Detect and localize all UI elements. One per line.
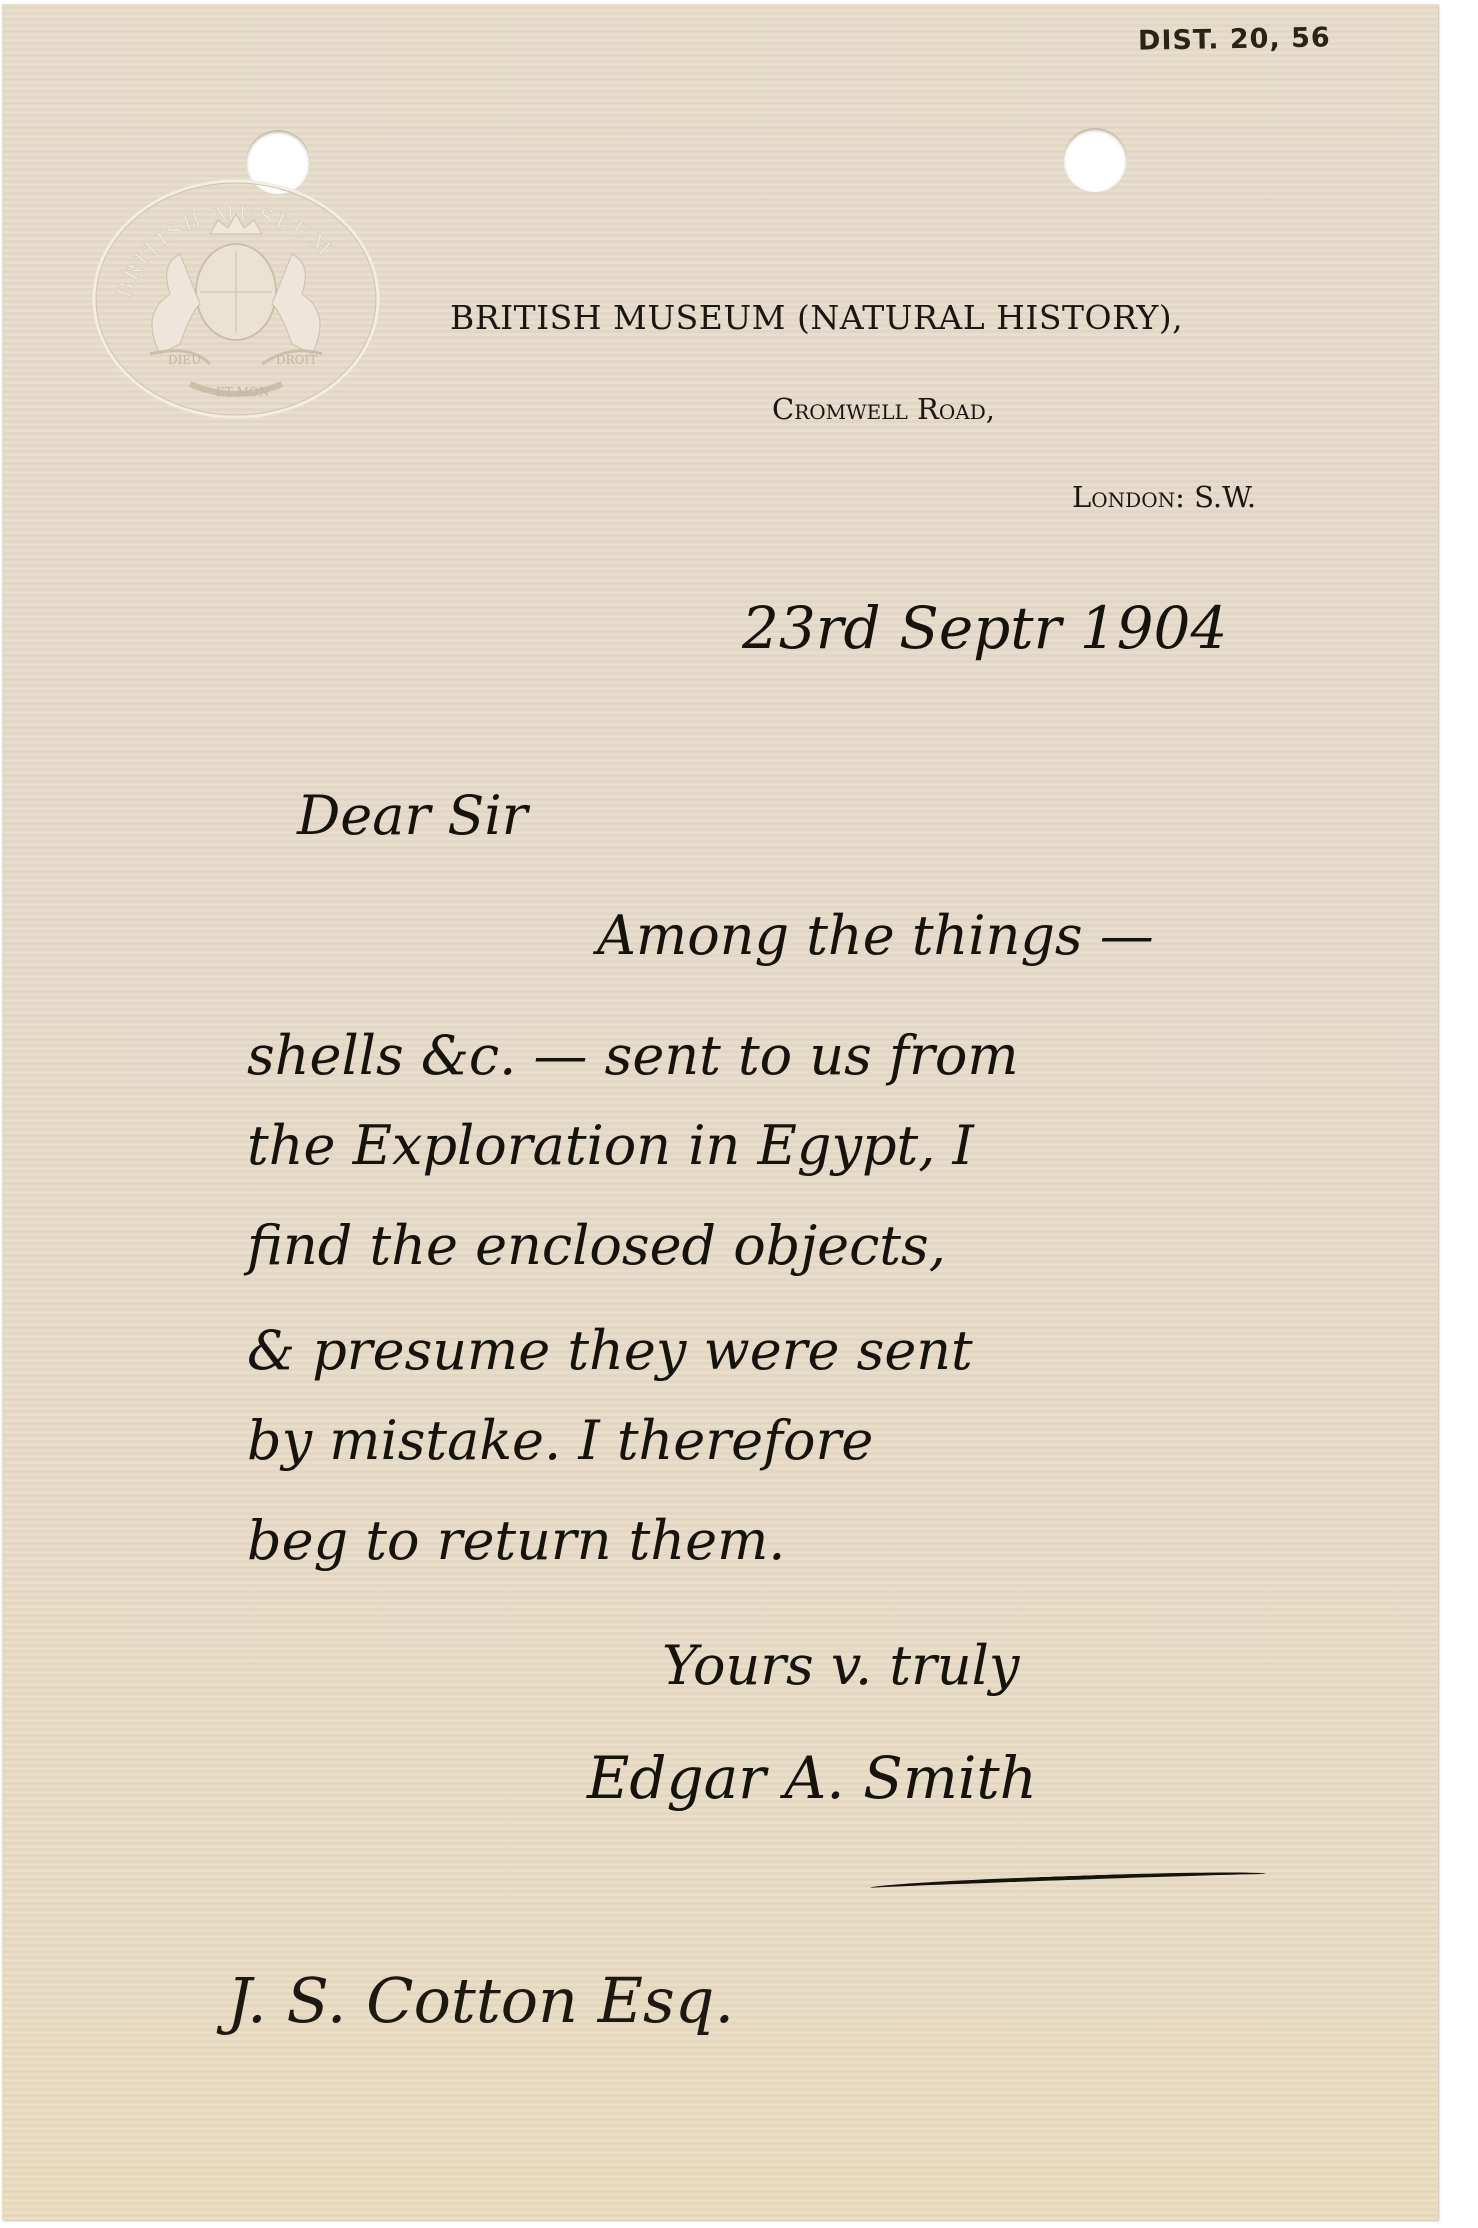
svg-text:ET MON: ET MON bbox=[216, 385, 269, 399]
body-line: shells &c. — sent to us from bbox=[247, 1024, 1019, 1087]
salutation: Dear Sir bbox=[297, 784, 528, 847]
svg-text:DIEU: DIEU bbox=[168, 353, 201, 367]
archive-reference: DIST. 20, 56 bbox=[1138, 22, 1331, 56]
letter-sheet: DIST. 20, 56 BRITISH MUSEUM DIEU DROIT E… bbox=[2, 4, 1438, 2220]
body-line: by mistake. I therefore bbox=[247, 1409, 873, 1472]
punch-hole-right bbox=[1063, 128, 1127, 192]
svg-text:DROIT: DROIT bbox=[276, 353, 317, 367]
closing: Yours v. truly bbox=[662, 1634, 1019, 1697]
letterhead-institution: BRITISH MUSEUM (NATURAL HISTORY), bbox=[450, 298, 1183, 337]
letter-date: 23rd Septr 1904 bbox=[742, 594, 1227, 662]
signature: Edgar A. Smith bbox=[587, 1744, 1037, 1812]
letterhead-city: London: S.W. bbox=[1072, 480, 1256, 514]
body-line: & presume they were sent bbox=[247, 1319, 973, 1382]
body-line: beg to return them. bbox=[247, 1509, 785, 1572]
signature-underline bbox=[870, 1869, 1266, 1893]
body-line: find the enclosed objects, bbox=[247, 1214, 946, 1277]
embossed-royal-seal-icon: BRITISH MUSEUM DIEU DROIT ET MON bbox=[90, 174, 382, 420]
body-line: Among the things — bbox=[597, 904, 1154, 967]
addressee: J. S. Cotton Esq. bbox=[227, 1964, 734, 2037]
letterhead-street: Cromwell Road, bbox=[772, 392, 995, 426]
body-line: the Exploration in Egypt, I bbox=[247, 1114, 974, 1177]
